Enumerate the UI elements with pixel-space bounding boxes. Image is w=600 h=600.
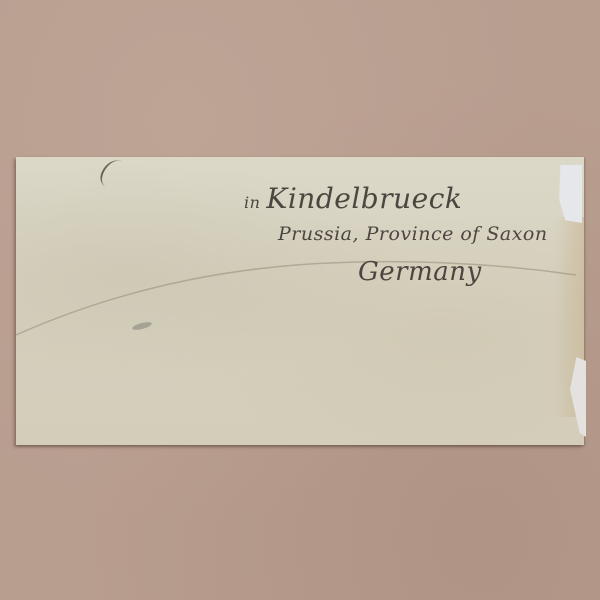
handwriting-flourish (97, 155, 131, 192)
address-line-country: Germany (358, 257, 482, 287)
address-prefix: in (244, 193, 260, 212)
address-line-province: Prussia, Province of Saxon (278, 223, 548, 245)
paper-tear-top (558, 165, 582, 223)
envelope: inKindelbrueck Prussia, Province of Saxo… (16, 157, 584, 445)
ink-smudge (132, 321, 153, 332)
address-line-city: inKindelbrueck (244, 182, 462, 215)
address-city: Kindelbrueck (266, 182, 462, 215)
